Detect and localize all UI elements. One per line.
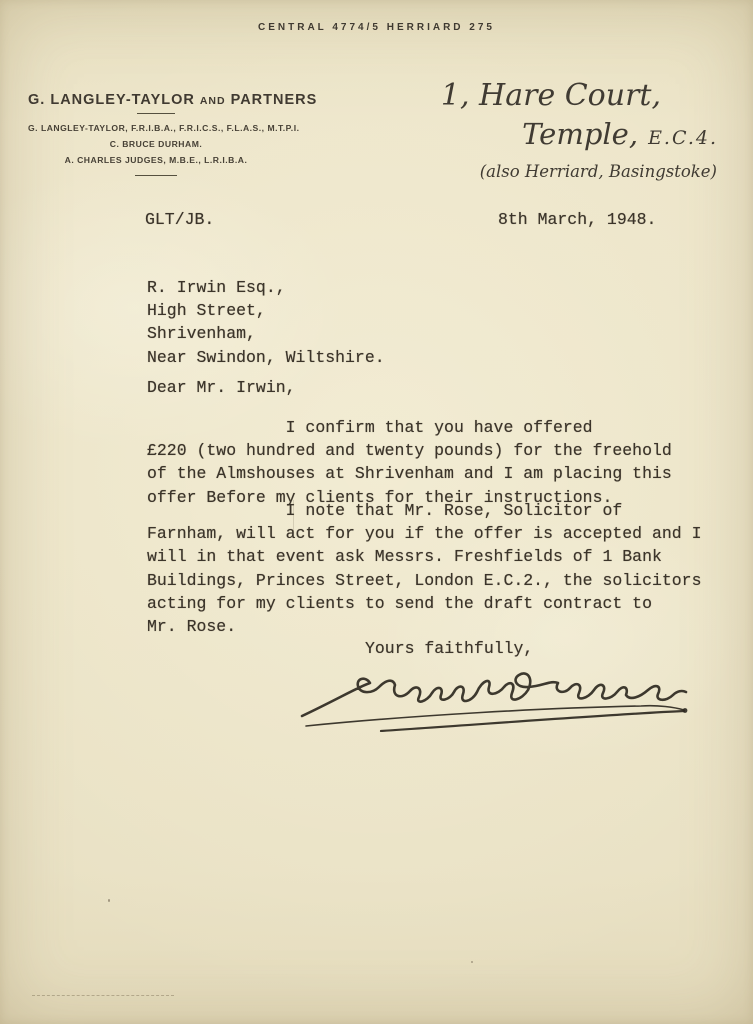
letterhead-address-line2: Temple,E.C.4.: [522, 117, 718, 151]
letterhead-address-note: (also Herriard, Basingstoke): [480, 162, 717, 181]
firm-name-and: AND: [200, 95, 226, 107]
letterhead-divider-bottom: [135, 175, 177, 176]
partner-name-1: G. LANGLEY-TAYLOR, F.R.I.B.A., F.R.I.C.S…: [28, 120, 284, 136]
scan-artifact-speck: [108, 899, 110, 902]
letter-date: 8th March, 1948.: [498, 208, 656, 231]
letterhead-address-city: Temple,: [522, 117, 638, 151]
scan-artifact-speck: [471, 961, 473, 963]
letterhead-phone-numbers: CENTRAL 4774/5 HERRIARD 275: [0, 22, 753, 33]
body-paragraph-2: I note that Mr. Rose, Solicitor of Farnh…: [147, 499, 702, 638]
body-paragraph-1: I confirm that you have offered £220 (tw…: [147, 416, 672, 509]
letterhead-address-district: E.C.4.: [648, 127, 718, 149]
letterhead-address-line1: 1, Hare Court,: [441, 78, 661, 113]
letterhead-divider-top: [137, 113, 175, 114]
salutation: Dear Mr. Irwin,: [147, 376, 296, 399]
letterhead-firm-block: G. LANGLEY-TAYLORANDPARTNERS G. LANGLEY-…: [28, 92, 284, 176]
firm-name-partners: PARTNERS: [231, 92, 318, 108]
partner-name-3: A. CHARLES JUDGES, M.B.E., L.R.I.B.A.: [28, 152, 284, 168]
firm-name-main: G. LANGLEY-TAYLOR: [28, 92, 195, 108]
scan-artifact-crease: [293, 500, 294, 532]
signature-scrawl: [296, 650, 696, 732]
scan-artifact-dashed-line: [32, 995, 174, 996]
recipient-address: R. Irwin Esq., High Street, Shrivenham, …: [147, 276, 385, 369]
partner-name-2: C. BRUCE DURHAM.: [28, 136, 284, 152]
firm-name: G. LANGLEY-TAYLORANDPARTNERS: [28, 92, 284, 108]
reference-code: GLT/JB.: [145, 208, 214, 231]
scanned-letter-page: CENTRAL 4774/5 HERRIARD 275 G. LANGLEY-T…: [0, 0, 753, 1024]
